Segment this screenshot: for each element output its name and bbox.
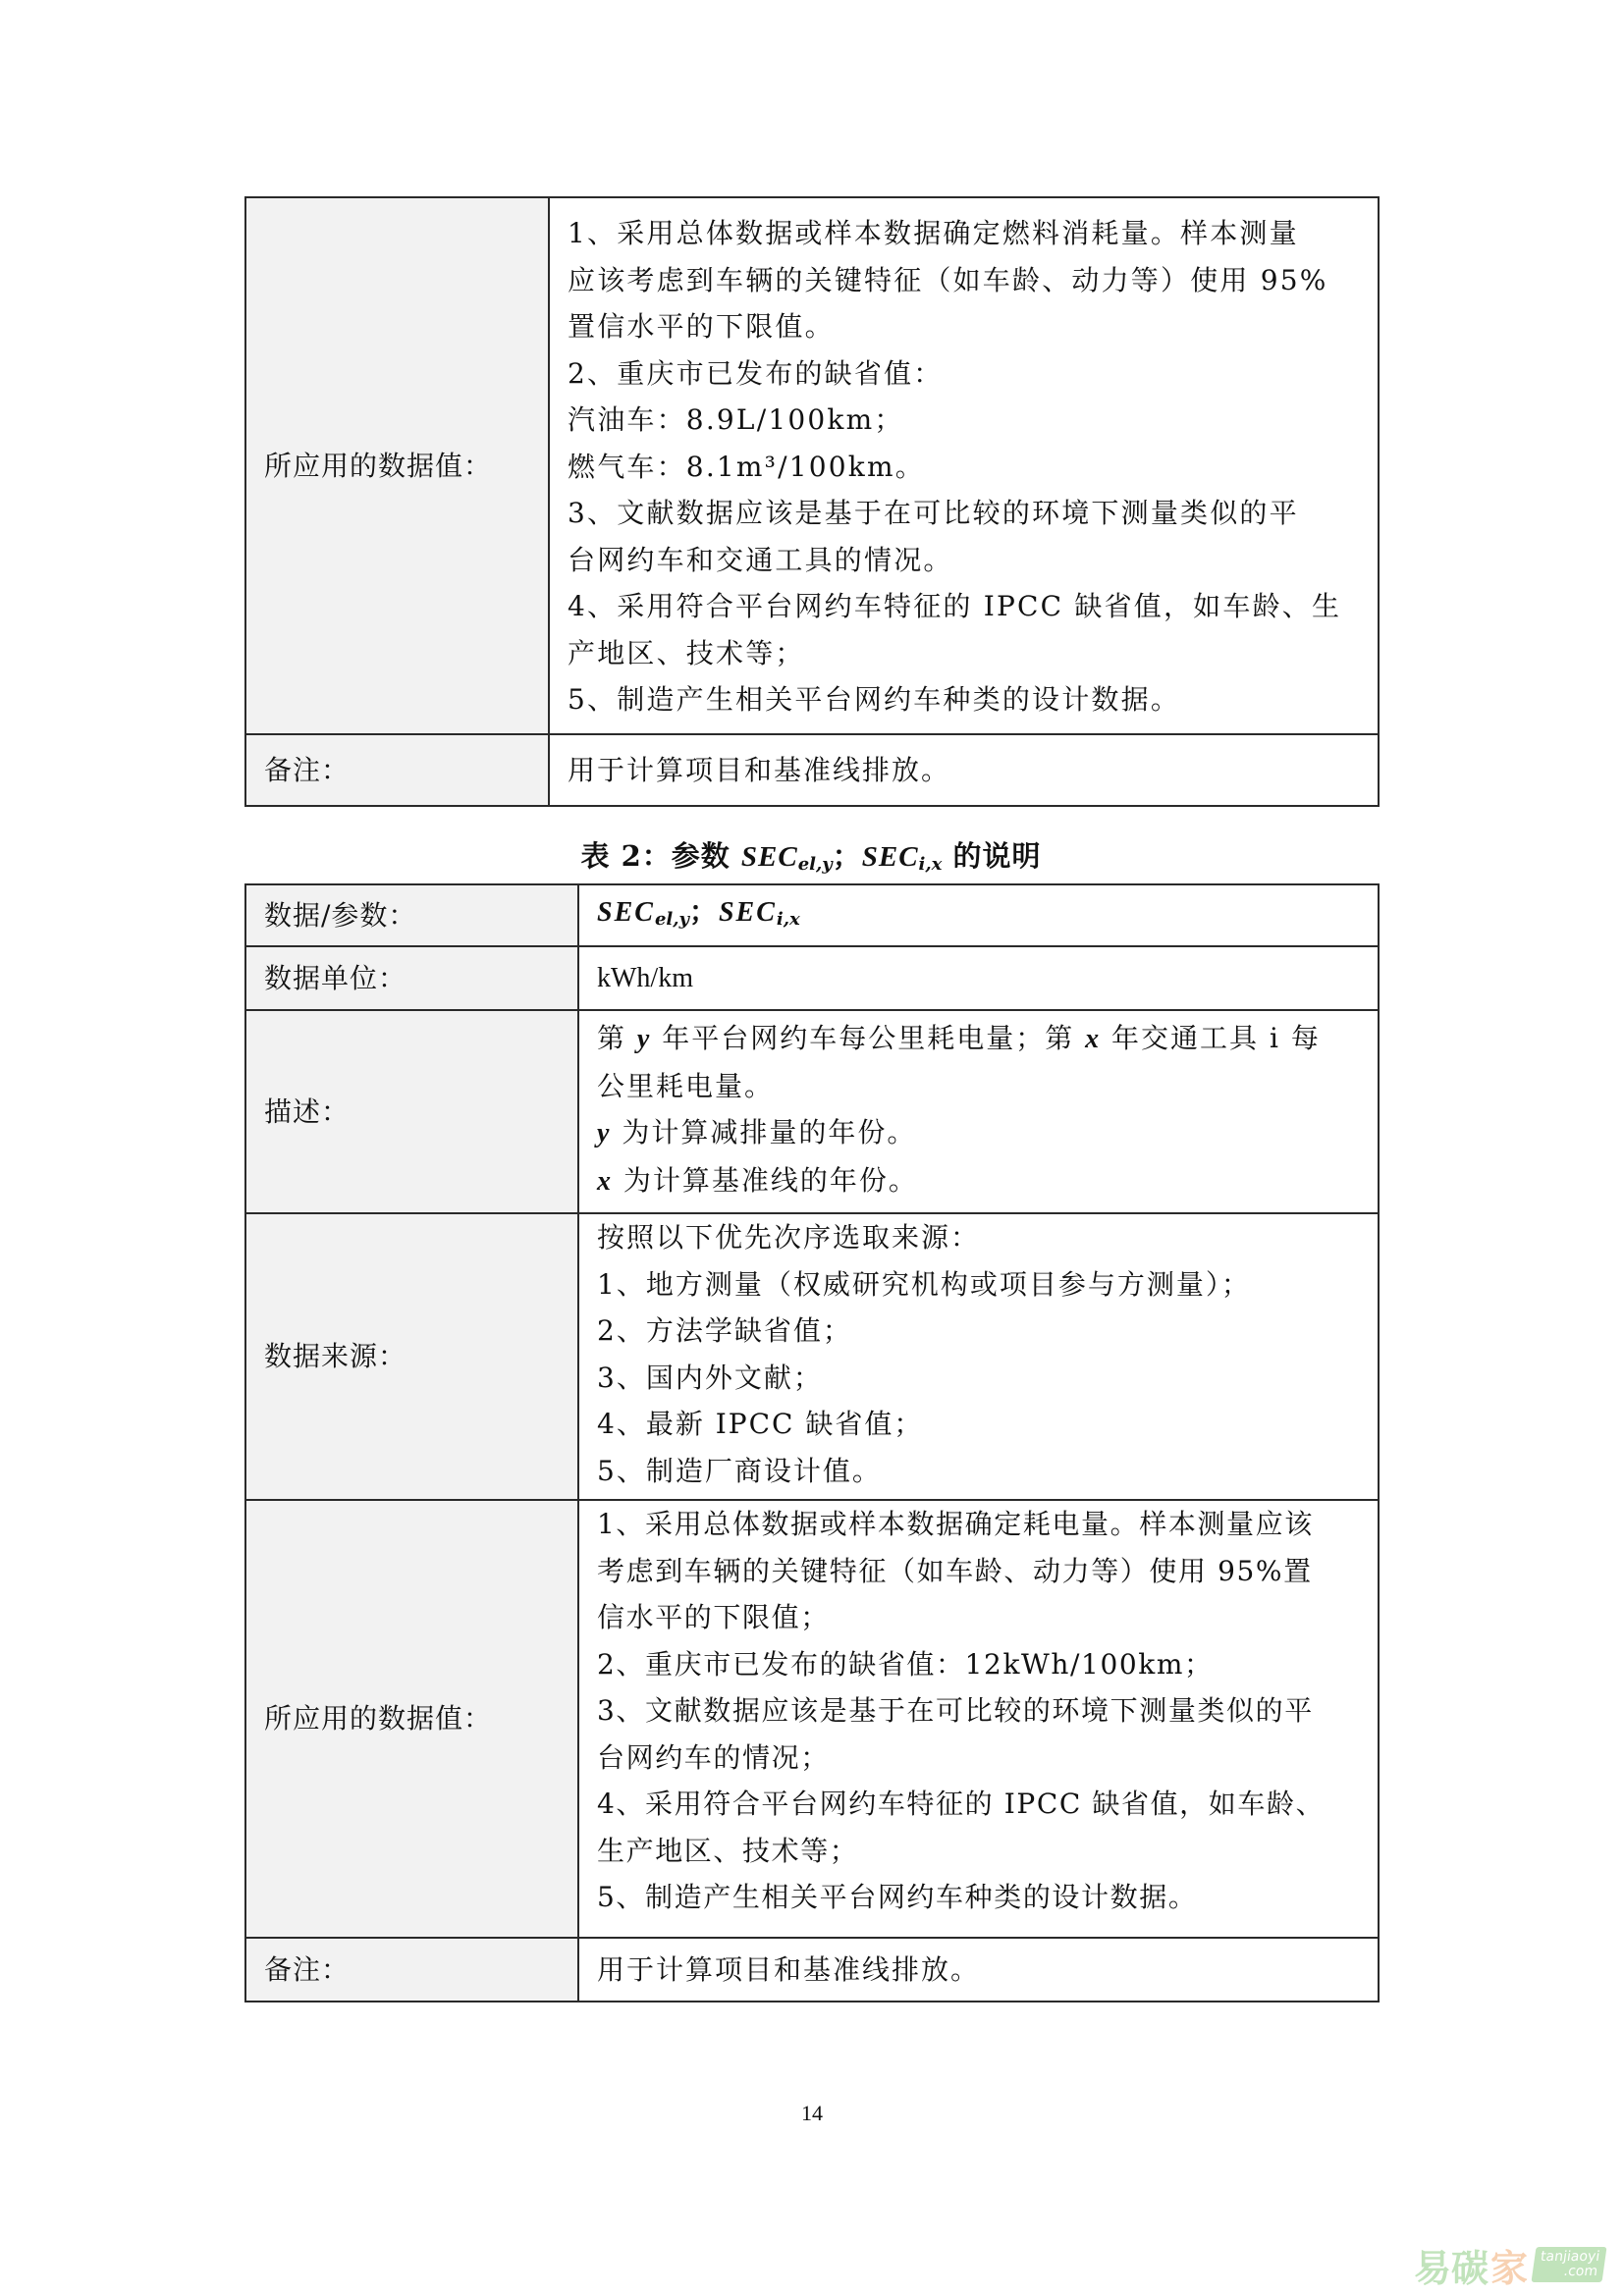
table-row: 所应用的数据值： 1、采用总体数据或样本数据确定燃料消耗量。样本测量 应该考虑到… (245, 197, 1379, 734)
param-separator: ； (689, 895, 719, 928)
text-line: 汽油车：8.9L/100km； (568, 397, 1376, 444)
row-value: 按照以下优先次序选取来源： 1、地方测量（权威研究机构或项目参与方测量）； 2、… (578, 1213, 1379, 1500)
table-row: 数据单位： kWh/km (245, 946, 1379, 1010)
text-span: 为计算基准线的年份。 (613, 1164, 918, 1197)
text-line: 5、制造产生相关平台网约车种类的设计数据。 (597, 1874, 1376, 1921)
variable-x: x (1085, 1024, 1101, 1054)
caption-separator: ； (833, 839, 862, 873)
row-label: 所应用的数据值： (245, 1500, 578, 1938)
text-line: 按照以下优先次序选取来源： (597, 1214, 1376, 1261)
table-row: 备注： 用于计算项目和基准线排放。 (245, 1938, 1379, 2002)
row-value: 用于计算项目和基准线排放。 (549, 734, 1379, 806)
param-subscript: i,x (777, 909, 800, 930)
text-line: 3、文献数据应该是基于在可比较的环境下测量类似的平 (597, 1687, 1376, 1735)
text-line: 1、地方测量（权威研究机构或项目参与方测量）； (597, 1261, 1376, 1308)
table-2: 数据/参数： SECel,y；SECi,x 数据单位： kWh/km 描述： 第… (244, 883, 1380, 2002)
text-line: 1、采用总体数据或样本数据确定耗电量。样本测量应该 (597, 1501, 1376, 1548)
text-line: 生产地区、技术等； (597, 1828, 1376, 1875)
watermark-logo: 易碳 家 tanjiaoyi .com (1414, 2240, 1604, 2289)
caption-subscript: i,x (919, 854, 943, 875)
text-line: 信水平的下限值； (597, 1594, 1376, 1641)
row-label: 备注： (245, 1938, 578, 2002)
text-line: 4、采用符合平台网约车特征的 IPCC 缺省值，如车龄、 (597, 1781, 1376, 1828)
page-number: 14 (0, 2101, 1624, 2126)
text-line: 5、制造厂商设计值。 (597, 1448, 1376, 1495)
text-line: y 为计算减排量的年份。 (597, 1109, 1376, 1157)
row-value: 用于计算项目和基准线排放。 (578, 1938, 1379, 2002)
text-line: 4、最新 IPCC 缺省值； (597, 1401, 1376, 1448)
text-line: 台网约车的情况； (597, 1735, 1376, 1782)
param-symbol: SEC (597, 897, 655, 928)
row-label: 数据/参数： (245, 884, 578, 946)
text-line: 2、重庆市已发布的缺省值：12kWh/100km； (597, 1641, 1376, 1688)
watermark-text-orange: 家 (1490, 2238, 1528, 2292)
text-span: 年平台网约车每公里耗电量；第 (651, 1022, 1085, 1054)
text-line: 燃气车：8.1m³/100km。 (568, 444, 1376, 491)
watermark-domain: tanjiaoyi (1540, 2250, 1600, 2265)
row-value: SECel,y；SECi,x (578, 884, 1379, 946)
row-value: 1、采用总体数据或样本数据确定耗电量。样本测量应该 考虑到车辆的关键特征（如车龄… (578, 1500, 1379, 1938)
caption-subscript: el,y (798, 854, 833, 875)
text-line: 台网约车和交通工具的情况。 (568, 537, 1376, 584)
text-line: 3、国内外文献； (597, 1355, 1376, 1402)
text-line: 2、方法学缺省值； (597, 1308, 1376, 1355)
row-label: 数据来源： (245, 1213, 578, 1500)
table-row: 数据来源： 按照以下优先次序选取来源： 1、地方测量（权威研究机构或项目参与方测… (245, 1213, 1379, 1500)
text-line: 应该考虑到车辆的关键特征（如车龄、动力等）使用 95% (568, 257, 1376, 304)
row-value: 1、采用总体数据或样本数据确定燃料消耗量。样本测量 应该考虑到车辆的关键特征（如… (549, 197, 1379, 734)
table-row: 所应用的数据值： 1、采用总体数据或样本数据确定耗电量。样本测量应该 考虑到车辆… (245, 1500, 1379, 1938)
text-line: 3、文献数据应该是基于在可比较的环境下测量类似的平 (568, 490, 1376, 537)
text-line: 用于计算项目和基准线排放。 (568, 747, 1376, 794)
text-line: 置信水平的下限值。 (568, 303, 1376, 350)
text-line: 2、重庆市已发布的缺省值： (568, 350, 1376, 398)
row-label: 所应用的数据值： (245, 197, 549, 734)
table-2-caption: 表 2：参数 SECel,y；SECi,x 的说明 (244, 836, 1378, 884)
text-line: 第 y 年平台网约车每公里耗电量；第 x 年交通工具 i 每 (597, 1015, 1376, 1063)
text-line: 4、采用符合平台网约车特征的 IPCC 缺省值，如车龄、生 (568, 583, 1376, 630)
param-subscript: el,y (655, 909, 689, 930)
table-row: 备注： 用于计算项目和基准线排放。 (245, 734, 1379, 806)
row-label: 数据单位： (245, 946, 578, 1010)
text-span: 为计算减排量的年份。 (611, 1116, 916, 1148)
watermark-domain-tld: .com (1538, 2265, 1598, 2279)
variable-y: y (637, 1024, 651, 1054)
text-line: 1、采用总体数据或样本数据确定燃料消耗量。样本测量 (568, 210, 1376, 257)
table-row: 数据/参数： SECel,y；SECi,x (245, 884, 1379, 946)
row-label: 描述： (245, 1010, 578, 1213)
caption-prefix: 表 2：参数 (580, 839, 740, 873)
table-1: 所应用的数据值： 1、采用总体数据或样本数据确定燃料消耗量。样本测量 应该考虑到… (244, 196, 1380, 807)
caption-suffix: 的说明 (942, 839, 1041, 873)
text-line: 公里耗电量。 (597, 1063, 1376, 1110)
text-span: 第 (597, 1022, 637, 1054)
table-row: 描述： 第 y 年平台网约车每公里耗电量；第 x 年交通工具 i 每 公里耗电量… (245, 1010, 1379, 1213)
text-span: 年交通工具 i 每 (1101, 1022, 1321, 1054)
param-symbol: SEC (719, 897, 777, 928)
text-line: x 为计算基准线的年份。 (597, 1157, 1376, 1205)
row-value: kWh/km (578, 946, 1379, 1010)
variable-y: y (597, 1118, 611, 1148)
watermark-text-green: 易碳 (1414, 2238, 1489, 2292)
watermark-domain-badge: tanjiaoyi .com (1532, 2247, 1607, 2282)
text-line: 产地区、技术等； (568, 630, 1376, 677)
row-label: 备注： (245, 734, 549, 806)
text-line: 考虑到车辆的关键特征（如车龄、动力等）使用 95%置 (597, 1548, 1376, 1595)
caption-symbol: SEC (862, 841, 919, 873)
text-line: 5、制造产生相关平台网约车种类的设计数据。 (568, 676, 1376, 723)
caption-symbol: SEC (741, 841, 798, 873)
variable-x: x (597, 1166, 613, 1197)
row-value: 第 y 年平台网约车每公里耗电量；第 x 年交通工具 i 每 公里耗电量。 y … (578, 1010, 1379, 1213)
